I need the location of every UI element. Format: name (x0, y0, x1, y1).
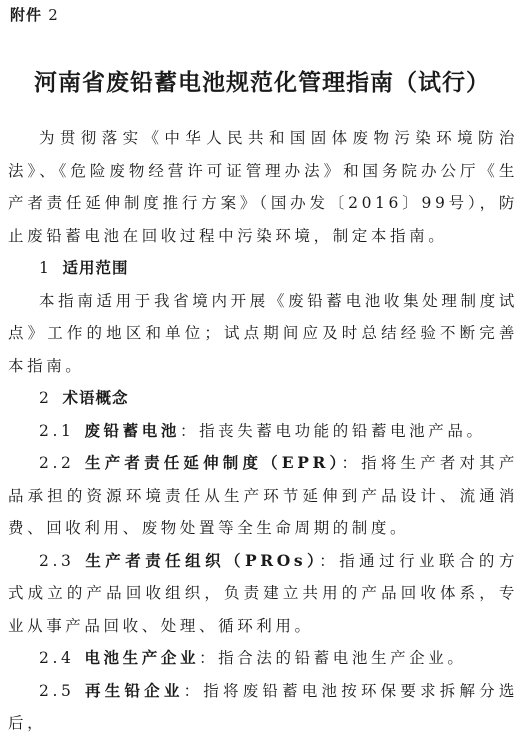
section-1-paragraph: 本指南适用于我省境内开展《废铅蓄电池收集处理制度试点》工作的地区和单位；试点期间… (8, 285, 518, 383)
item-number: 2.3 (39, 552, 74, 570)
definition-2-5: 2.5再生铅企业：指将废铅蓄电池按环保要求拆解分选后， (8, 675, 518, 740)
section-heading-1: 1适用范围 (8, 252, 518, 285)
term: 电池生产企业 (84, 648, 199, 667)
document-title: 河南省废铅蓄电池规范化管理指南（试行） (0, 64, 524, 97)
definition-2-4: 2.4电池生产企业：指合法的铅蓄电池生产企业。 (8, 642, 518, 675)
item-number: 2.1 (39, 422, 74, 440)
item-number: 2.5 (39, 682, 74, 700)
document-body: 为贯彻落实《中华人民共和国固体废物污染环境防治法》、《危险废物经营许可证管理办法… (8, 122, 518, 740)
intro-paragraph: 为贯彻落实《中华人民共和国固体废物污染环境防治法》、《危险废物经营许可证管理办法… (8, 122, 518, 252)
section-number: 2 (39, 389, 52, 407)
attachment-label: 附件 2 (10, 4, 59, 25)
section-heading-2: 2术语概念 (8, 382, 518, 415)
section-title: 适用范围 (62, 259, 128, 277)
definition-2-1: 2.1废铅蓄电池：指丧失蓄电功能的铅蓄电池产品。 (8, 415, 518, 448)
definition: ：指合法的铅蓄电池生产企业。 (199, 649, 466, 667)
term: 再生铅企业 (84, 681, 183, 700)
term: 生产者责任延伸制度（EPR） (84, 453, 341, 472)
definition: ：指丧失蓄电功能的铅蓄电池产品。 (180, 422, 486, 440)
term: 废铅蓄电池 (84, 421, 180, 440)
definition-2-3: 2.3生产者责任组织（PROs）：指通过行业联合的方式成立的产品回收组织，负责建… (8, 545, 518, 643)
section-title: 术语概念 (62, 389, 128, 407)
item-number: 2.2 (39, 454, 74, 472)
attachment-text: 附件 (10, 6, 42, 24)
item-number: 2.4 (39, 649, 74, 667)
definition-2-2: 2.2生产者责任延伸制度（EPR）：指将生产者对其产品承担的资源环境责任从生产环… (8, 447, 518, 545)
section-number: 1 (39, 259, 52, 277)
term: 生产者责任组织（PROs） (84, 551, 319, 570)
attachment-number: 2 (48, 6, 59, 24)
